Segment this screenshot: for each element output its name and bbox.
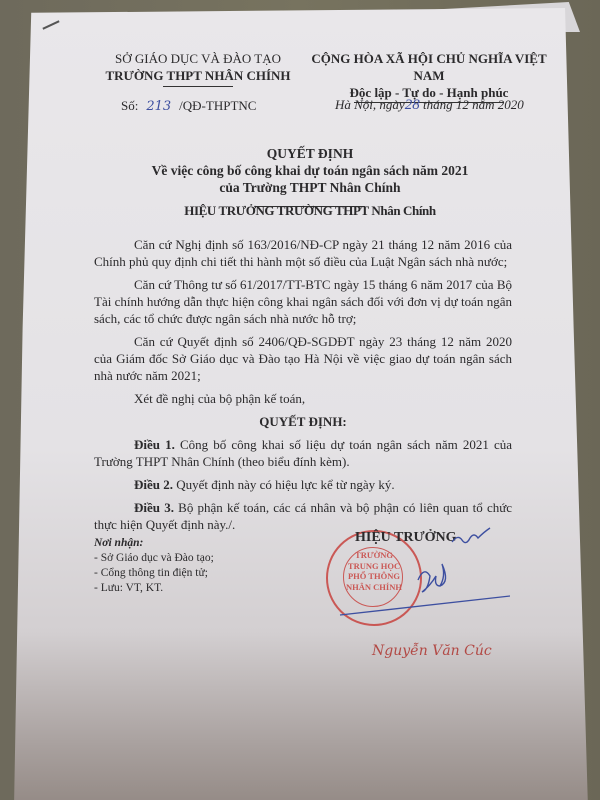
recipient-item: - Cổng thông tin điện tử; (94, 566, 214, 581)
issuer-heading: HIỆU TRƯỞNG TRƯỜNG THPT Nhân Chính (140, 203, 480, 219)
signer-name: Nguyễn Văn Cúc (372, 643, 492, 659)
article-label: Điều 1. (134, 437, 175, 452)
article-1: Điều 1. Công bố công khai số liệu dự toá… (94, 436, 512, 470)
number-suffix: /QĐ-THPTNC (179, 98, 256, 113)
date-suffix: tháng 12 năm 2020 (423, 97, 524, 112)
article-label: Điều 3. (134, 500, 174, 515)
school-name: TRƯỜNG THPT NHÂN CHÍNH (98, 67, 298, 84)
document-body: Căn cứ Nghị định số 163/2016/NĐ-CP ngày … (94, 236, 512, 539)
date-prefix: Hà Nội, ngày (335, 97, 405, 112)
article-label: Điều 2. (134, 477, 173, 492)
recipients-block: Nơi nhận: - Sở Giáo dục và Đào tạo; - Cổ… (94, 536, 214, 596)
handwritten-day: 28 (405, 97, 420, 113)
agency-underline (163, 86, 233, 87)
decision-heading: QUYẾT ĐỊNH: (94, 413, 512, 430)
document-title: QUYẾT ĐỊNH Về việc công bố công khai dự … (140, 145, 480, 207)
number-prefix: Số: (121, 98, 138, 113)
preamble-paragraph: Xét đề nghị của bộ phận kế toán, (94, 390, 512, 407)
title-line-1: Về việc công bố công khai dự toán ngân s… (140, 162, 480, 179)
article-text: Quyết định này có hiệu lực kể từ ngày ký… (176, 477, 394, 492)
recipients-title: Nơi nhận: (94, 536, 214, 551)
country-name: CỘNG HÒA XÃ HỘI CHỦ NGHĨA VIỆT NAM (300, 50, 558, 84)
parent-agency: SỞ GIÁO DỤC VÀ ĐÀO TẠO (98, 50, 298, 67)
recipient-item: - Sở Giáo dục và Đào tạo; (94, 551, 214, 566)
document-number: Số:213/QĐ-THPTNC (121, 98, 256, 114)
preamble-paragraph: Căn cứ Thông tư số 61/2017/TT-BTC ngày 1… (94, 276, 512, 327)
article-2: Điều 2. Quyết định này có hiệu lực kể từ… (94, 476, 512, 493)
title-heading: QUYẾT ĐỊNH (140, 145, 480, 162)
place-date: Hà Nội, ngày28 tháng 12 năm 2020 (335, 97, 524, 114)
handwritten-signature-icon (330, 520, 510, 630)
preamble-paragraph: Căn cứ Quyết định số 2406/QĐ-SGDĐT ngày … (94, 333, 512, 384)
issuing-agency-block: SỞ GIÁO DỤC VÀ ĐÀO TẠO TRƯỜNG THPT NHÂN … (98, 50, 298, 87)
national-motto-block: CỘNG HÒA XÃ HỘI CHỦ NGHĨA VIỆT NAM Độc l… (300, 50, 558, 103)
handwritten-number: 213 (138, 99, 179, 114)
preamble-paragraph: Căn cứ Nghị định số 163/2016/NĐ-CP ngày … (94, 236, 512, 270)
recipient-item: - Lưu: VT, KT. (94, 581, 214, 596)
title-line-2: của Trường THPT Nhân Chính (140, 179, 480, 196)
